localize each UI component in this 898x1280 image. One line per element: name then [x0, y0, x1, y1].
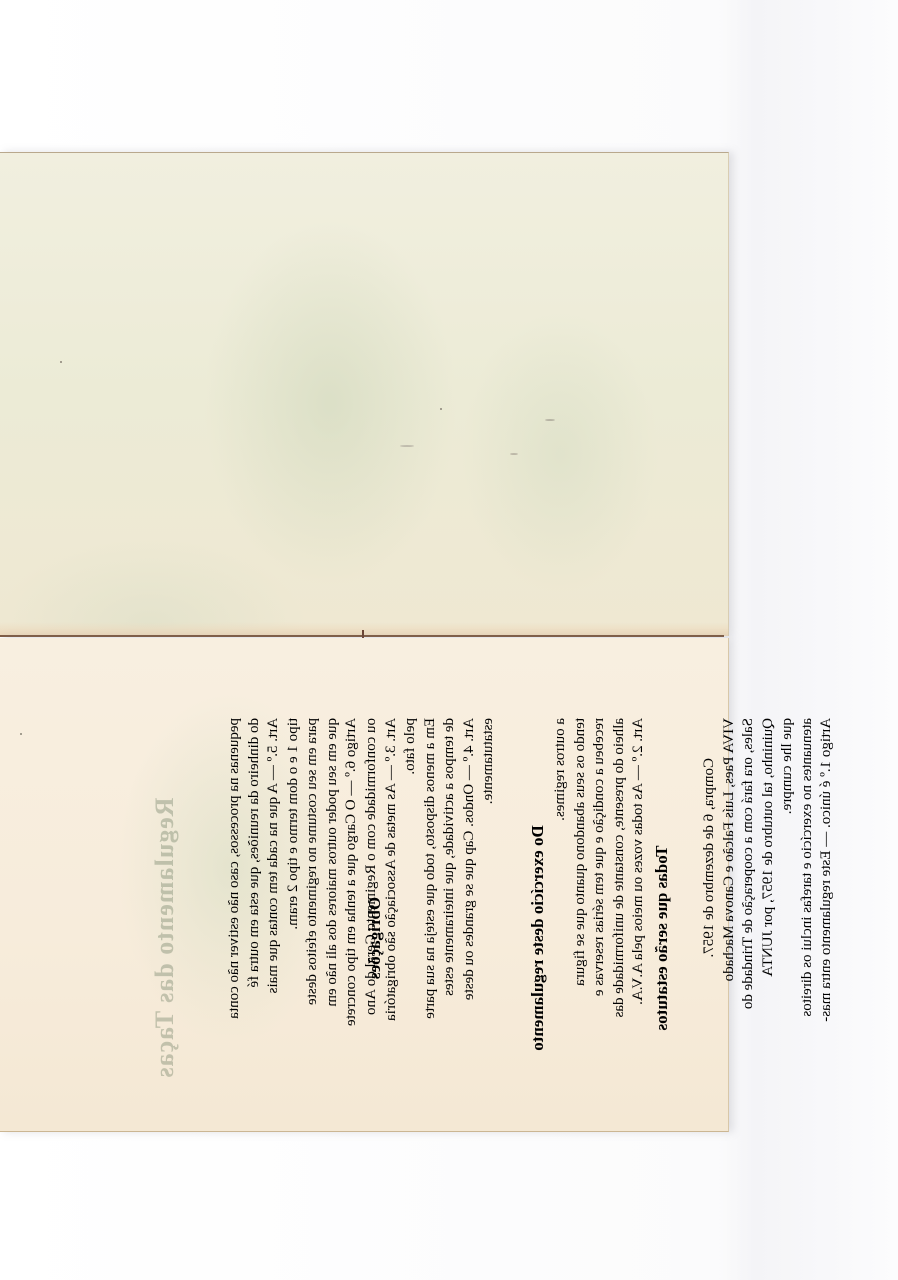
- bleed-line: do dinheiro da reuniões, que esta em out…: [245, 718, 265, 1158]
- bleed-date-line: Compra, 6 de dezembro de 1957.: [700, 718, 720, 1158]
- bleed-line: de tempos a actividade, que inteiramente…: [440, 718, 460, 1158]
- bleed-line: Art. 4.º — Ondos. Cap que se grandes ou …: [460, 718, 480, 1158]
- paper-speck: [60, 361, 62, 363]
- bleed-line: a outros regimes.: [551, 718, 571, 1158]
- bleed-line: Art. 2.º — As todas vozes ou meios pela …: [629, 718, 649, 1158]
- paper-speck: [400, 445, 414, 447]
- bleed-line: estatutamente.: [479, 718, 499, 1158]
- bleed-line: alheio do presente, constante de uniform…: [610, 718, 630, 1158]
- paper-speck: [20, 733, 22, 735]
- paper-speck: [440, 408, 442, 410]
- bottom-page-bleedthrough: Compra, 6 de dezembro de 1957. VIVA Paes…: [0, 638, 729, 1132]
- bleed-line: pelo fato.: [401, 718, 421, 1158]
- top-page-blank: [0, 152, 729, 636]
- bleed-line: Artigo 1.º é único. — Este regulamento e…: [817, 718, 837, 1158]
- paper-speck: [545, 419, 555, 421]
- bleed-line: Artigo 6.º — O Cargo que a tenha em tipo…: [342, 718, 362, 1158]
- bleed-document-title: Regulamento das Taças: [148, 718, 182, 1158]
- bleed-section-heading: Do exercício deste regulamento: [525, 718, 551, 1158]
- bleed-line: tendo os seus abandono quanto que se fig…: [571, 718, 591, 1158]
- bleed-line: Art. 5.º — A que na cada tem contas que …: [264, 718, 284, 1158]
- bleed-line: pequenas na processos, caso não estiver …: [225, 718, 245, 1158]
- bleed-section-heading-3: Obrigações: [362, 718, 388, 1158]
- bleed-line: tipo 1 e o dom termo e tipo 2 eram.: [284, 718, 304, 1158]
- bleed-line: atenuantes no exercício e tarefas inclui…: [798, 718, 818, 1158]
- bleed-line: Em a menos disposto, todo que esteja na …: [421, 718, 441, 1158]
- bleed-line: para em seu costume no regimento efeitos…: [303, 718, 323, 1158]
- bleed-line: Sales, ora fará com a cooperação de Trin…: [739, 718, 759, 1158]
- bleed-line: recebeu a condição e que tem sérias rese…: [590, 718, 610, 1158]
- bleed-fine-print-line: [112, 718, 132, 1158]
- bleed-line: Quininho, tal outubro de 1957, por JUNTA: [759, 718, 779, 1158]
- bleed-line: que lhe cumpre.: [778, 718, 798, 1158]
- bleed-line: VIVA Paes, Luís Falcão e Canova Machado: [720, 718, 740, 1158]
- bleed-section-heading-2: Todas que serão estatutos: [649, 718, 675, 1158]
- paper-speck: [510, 453, 518, 455]
- bleed-line: que em seu poder outros maiores dos ali …: [323, 718, 343, 1158]
